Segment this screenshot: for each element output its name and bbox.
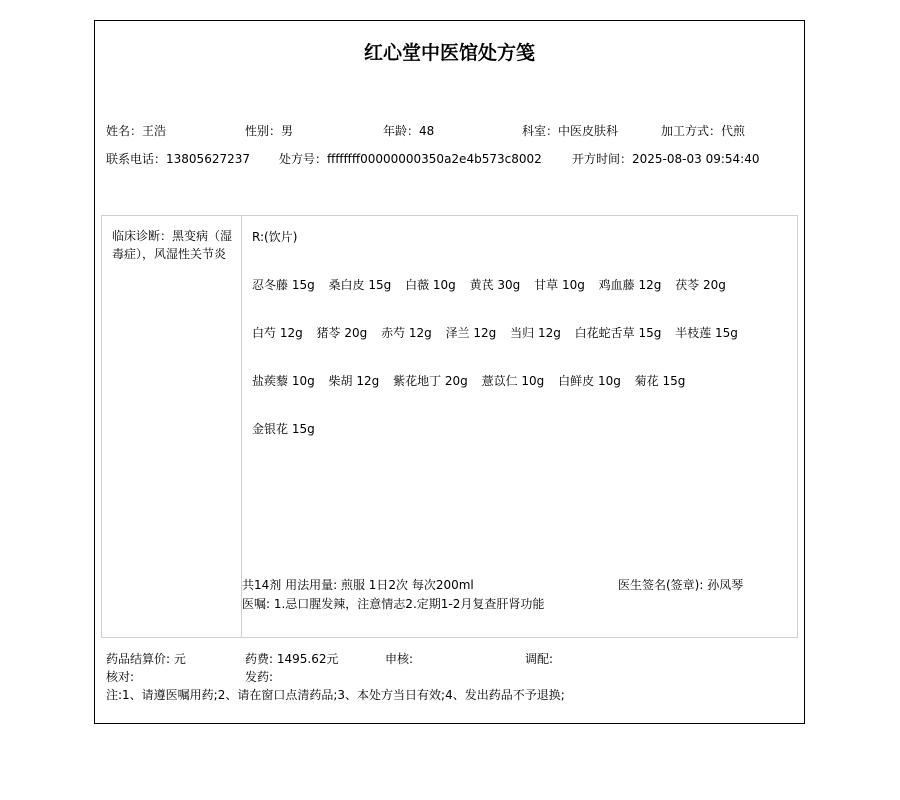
diagnosis-label: 临床诊断：	[112, 229, 172, 243]
footer-row-2: 核对: 发药:	[106, 669, 796, 685]
herb-item: 忍冬藤 15g	[252, 278, 315, 292]
herb-line-2: 白芍 12g 猪苓 20g 赤芍 12g 泽兰 12g 当归 12g 白花蛇舌草…	[252, 324, 748, 341]
herb-item: 猪苓 20g	[317, 326, 368, 340]
herb-item: 茯苓 20g	[675, 278, 726, 292]
herb-line-3: 盐蒺藜 10g 柴胡 12g 紫花地丁 20g 薏苡仁 10g 白鲜皮 10g …	[252, 372, 695, 389]
herb-line-4: 金银花 15g	[252, 420, 325, 437]
patient-info-row-1: 姓名：王浩 性别：男 年龄：48 科室：中医皮肤科 加工方式：代煎	[106, 123, 796, 139]
phone-label: 联系电话：	[106, 152, 166, 166]
age-value: 48	[419, 124, 434, 138]
age-label: 年龄：	[383, 124, 419, 138]
rx-number-value: ffffffff00000000350a2e4b573c8002	[327, 152, 542, 166]
herb-item: 薏苡仁 10g	[482, 374, 545, 388]
phone-value: 13805627237	[166, 152, 250, 166]
rx-number-label: 处方号：	[279, 152, 327, 166]
diagnosis-text: 临床诊断：黑变病（湿毒症），风湿性关节炎	[112, 227, 234, 263]
usage-dosage: 共14剂 用法用量: 煎服 1日2次 每次200ml	[242, 576, 474, 593]
check-field: 核对:	[106, 669, 134, 685]
processing-field: 加工方式：代煎	[661, 123, 745, 139]
herb-item: 当归 12g	[510, 326, 561, 340]
department-label: 科室：	[522, 124, 558, 138]
gender-field: 性别：男	[245, 123, 293, 139]
drug-fee: 药费: 1495.62元	[245, 651, 338, 667]
doctor-signature: 医生签名(签章): 孙凤琴	[618, 576, 743, 593]
herb-item: 黄芪 30g	[470, 278, 521, 292]
herb-item: 泽兰 12g	[446, 326, 497, 340]
review-field: 申核:	[385, 651, 413, 667]
gender-label: 性别：	[245, 124, 281, 138]
herb-item: 赤芍 12g	[381, 326, 432, 340]
age-field: 年龄：48	[383, 123, 434, 139]
herb-item: 甘草 10g	[534, 278, 585, 292]
rx-time-value: 2025-08-03 09:54:40	[632, 152, 759, 166]
herb-item: 紫花地丁 20g	[393, 374, 468, 388]
herb-item: 白薇 10g	[405, 278, 456, 292]
herb-item: 盐蒺藜 10g	[252, 374, 315, 388]
footer-note: 注:1、请遵医嘱用药;2、请在窗口点清药品;3、本处方当日有效;4、发出药品不予…	[106, 687, 796, 703]
name-value: 王浩	[142, 124, 166, 138]
herb-item: 桑白皮 15g	[329, 278, 392, 292]
notes-text: 注:1、请遵医嘱用药;2、请在窗口点清药品;3、本处方当日有效;4、发出药品不予…	[106, 687, 565, 703]
herb-item: 菊花 15g	[635, 374, 686, 388]
herb-line-1: 忍冬藤 15g 桑白皮 15g 白薇 10g 黄芪 30g 甘草 10g 鸡血藤…	[252, 276, 736, 293]
herb-item: 白花蛇舌草 15g	[575, 326, 662, 340]
gender-value: 男	[281, 124, 293, 138]
medical-advice: 医嘱: 1.忌口腥发辣，注意情志2.定期1-2月复查肝肾功能	[242, 595, 544, 612]
rx-label: R:(饮片)	[252, 228, 297, 245]
herb-item: 柴胡 12g	[329, 374, 380, 388]
patient-info-row-2: 联系电话：13805627237 处方号：ffffffff00000000350…	[106, 151, 796, 167]
department-field: 科室：中医皮肤科	[522, 123, 618, 139]
herb-item: 鸡血藤 12g	[599, 278, 662, 292]
rx-time-label: 开方时间：	[572, 152, 632, 166]
dispense-field: 调配:	[525, 651, 553, 667]
herb-item: 金银花 15g	[252, 422, 315, 436]
prescription-table: 临床诊断：黑变病（湿毒症），风湿性关节炎 R:(饮片) 忍冬藤 15g 桑白皮 …	[101, 215, 798, 638]
department-value: 中医皮肤科	[558, 124, 618, 138]
name-label: 姓名：	[106, 124, 142, 138]
page-title: 红心堂中医馆处方笺	[95, 38, 804, 65]
name-field: 姓名：王浩	[106, 123, 166, 139]
footer-row-1: 药品结算价: 元 药费: 1495.62元 申核: 调配:	[106, 651, 796, 667]
prescription-sheet: 红心堂中医馆处方笺 姓名：王浩 性别：男 年龄：48 科室：中医皮肤科 加工方式…	[94, 20, 805, 724]
phone-field: 联系电话：13805627237	[106, 151, 250, 167]
rx-number-field: 处方号：ffffffff00000000350a2e4b573c8002	[279, 151, 542, 167]
processing-value: 代煎	[721, 124, 745, 138]
issue-field: 发药:	[245, 669, 273, 685]
processing-label: 加工方式：	[661, 124, 721, 138]
herb-item: 半枝莲 15g	[675, 326, 738, 340]
prescription-cell: R:(饮片) 忍冬藤 15g 桑白皮 15g 白薇 10g 黄芪 30g 甘草 …	[242, 216, 797, 637]
herb-item: 白鲜皮 10g	[558, 374, 621, 388]
settle-price: 药品结算价: 元	[106, 651, 186, 667]
rx-time-field: 开方时间：2025-08-03 09:54:40	[572, 151, 759, 167]
diagnosis-cell: 临床诊断：黑变病（湿毒症），风湿性关节炎	[102, 216, 242, 637]
herb-item: 白芍 12g	[252, 326, 303, 340]
